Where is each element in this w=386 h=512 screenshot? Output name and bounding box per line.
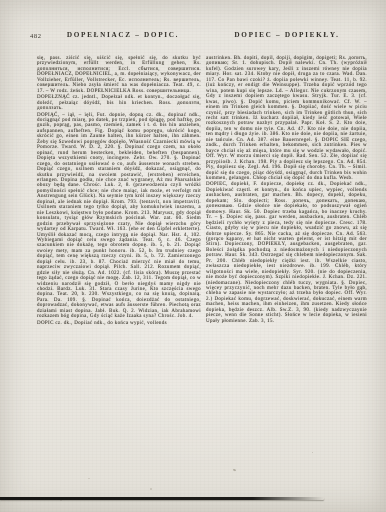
text-column-left: się, pass. ziścić się, uiścić się, spełn… [37, 56, 201, 327]
text-column-right: austrinken. Bh. dopiti, dopil, dopiji, d… [206, 56, 367, 325]
running-head-left: DOPEŁNIACZ – DOPIC. [48, 31, 198, 41]
paper-speck [233, 468, 237, 471]
paper-speck [60, 500, 62, 501]
dictionary-paragraph: się, pass. ziścić się, uiścić się, spełn… [37, 56, 201, 94]
paper-speck [150, 488, 152, 490]
dictionary-paragraph: austrinken. Bh. dopiti, dopil, dopiji, d… [206, 56, 367, 181]
dictionary-paragraph: DOPIC cz. dk., Dopiiać ndk., do końca wy… [37, 321, 201, 326]
paper-speck [88, 478, 90, 479]
scan-bottom-edge-shadow [0, 497, 324, 500]
running-head-right: DOPIEC – DOPIEKŁY. [208, 31, 366, 41]
paper-speck [312, 452, 313, 453]
dictionary-paragraph: DOPIĄĆ, – iął, – ięli, Fut. dopnie, dopn… [37, 113, 201, 320]
dictionary-paragraph: DOPEŁZNĄĆ cz. jedntl., Dopełzał ndk. et … [37, 95, 201, 111]
dictionary-paragraph: DOPIEC, dopiekł, F. dopiecze, dopiekę cz… [206, 182, 367, 324]
scanned-dictionary-page: 482 DOPEŁNIACZ – DOPIC. DOPIEC – DOPIEKŁ… [0, 0, 386, 512]
page-number: 482 [30, 33, 42, 40]
